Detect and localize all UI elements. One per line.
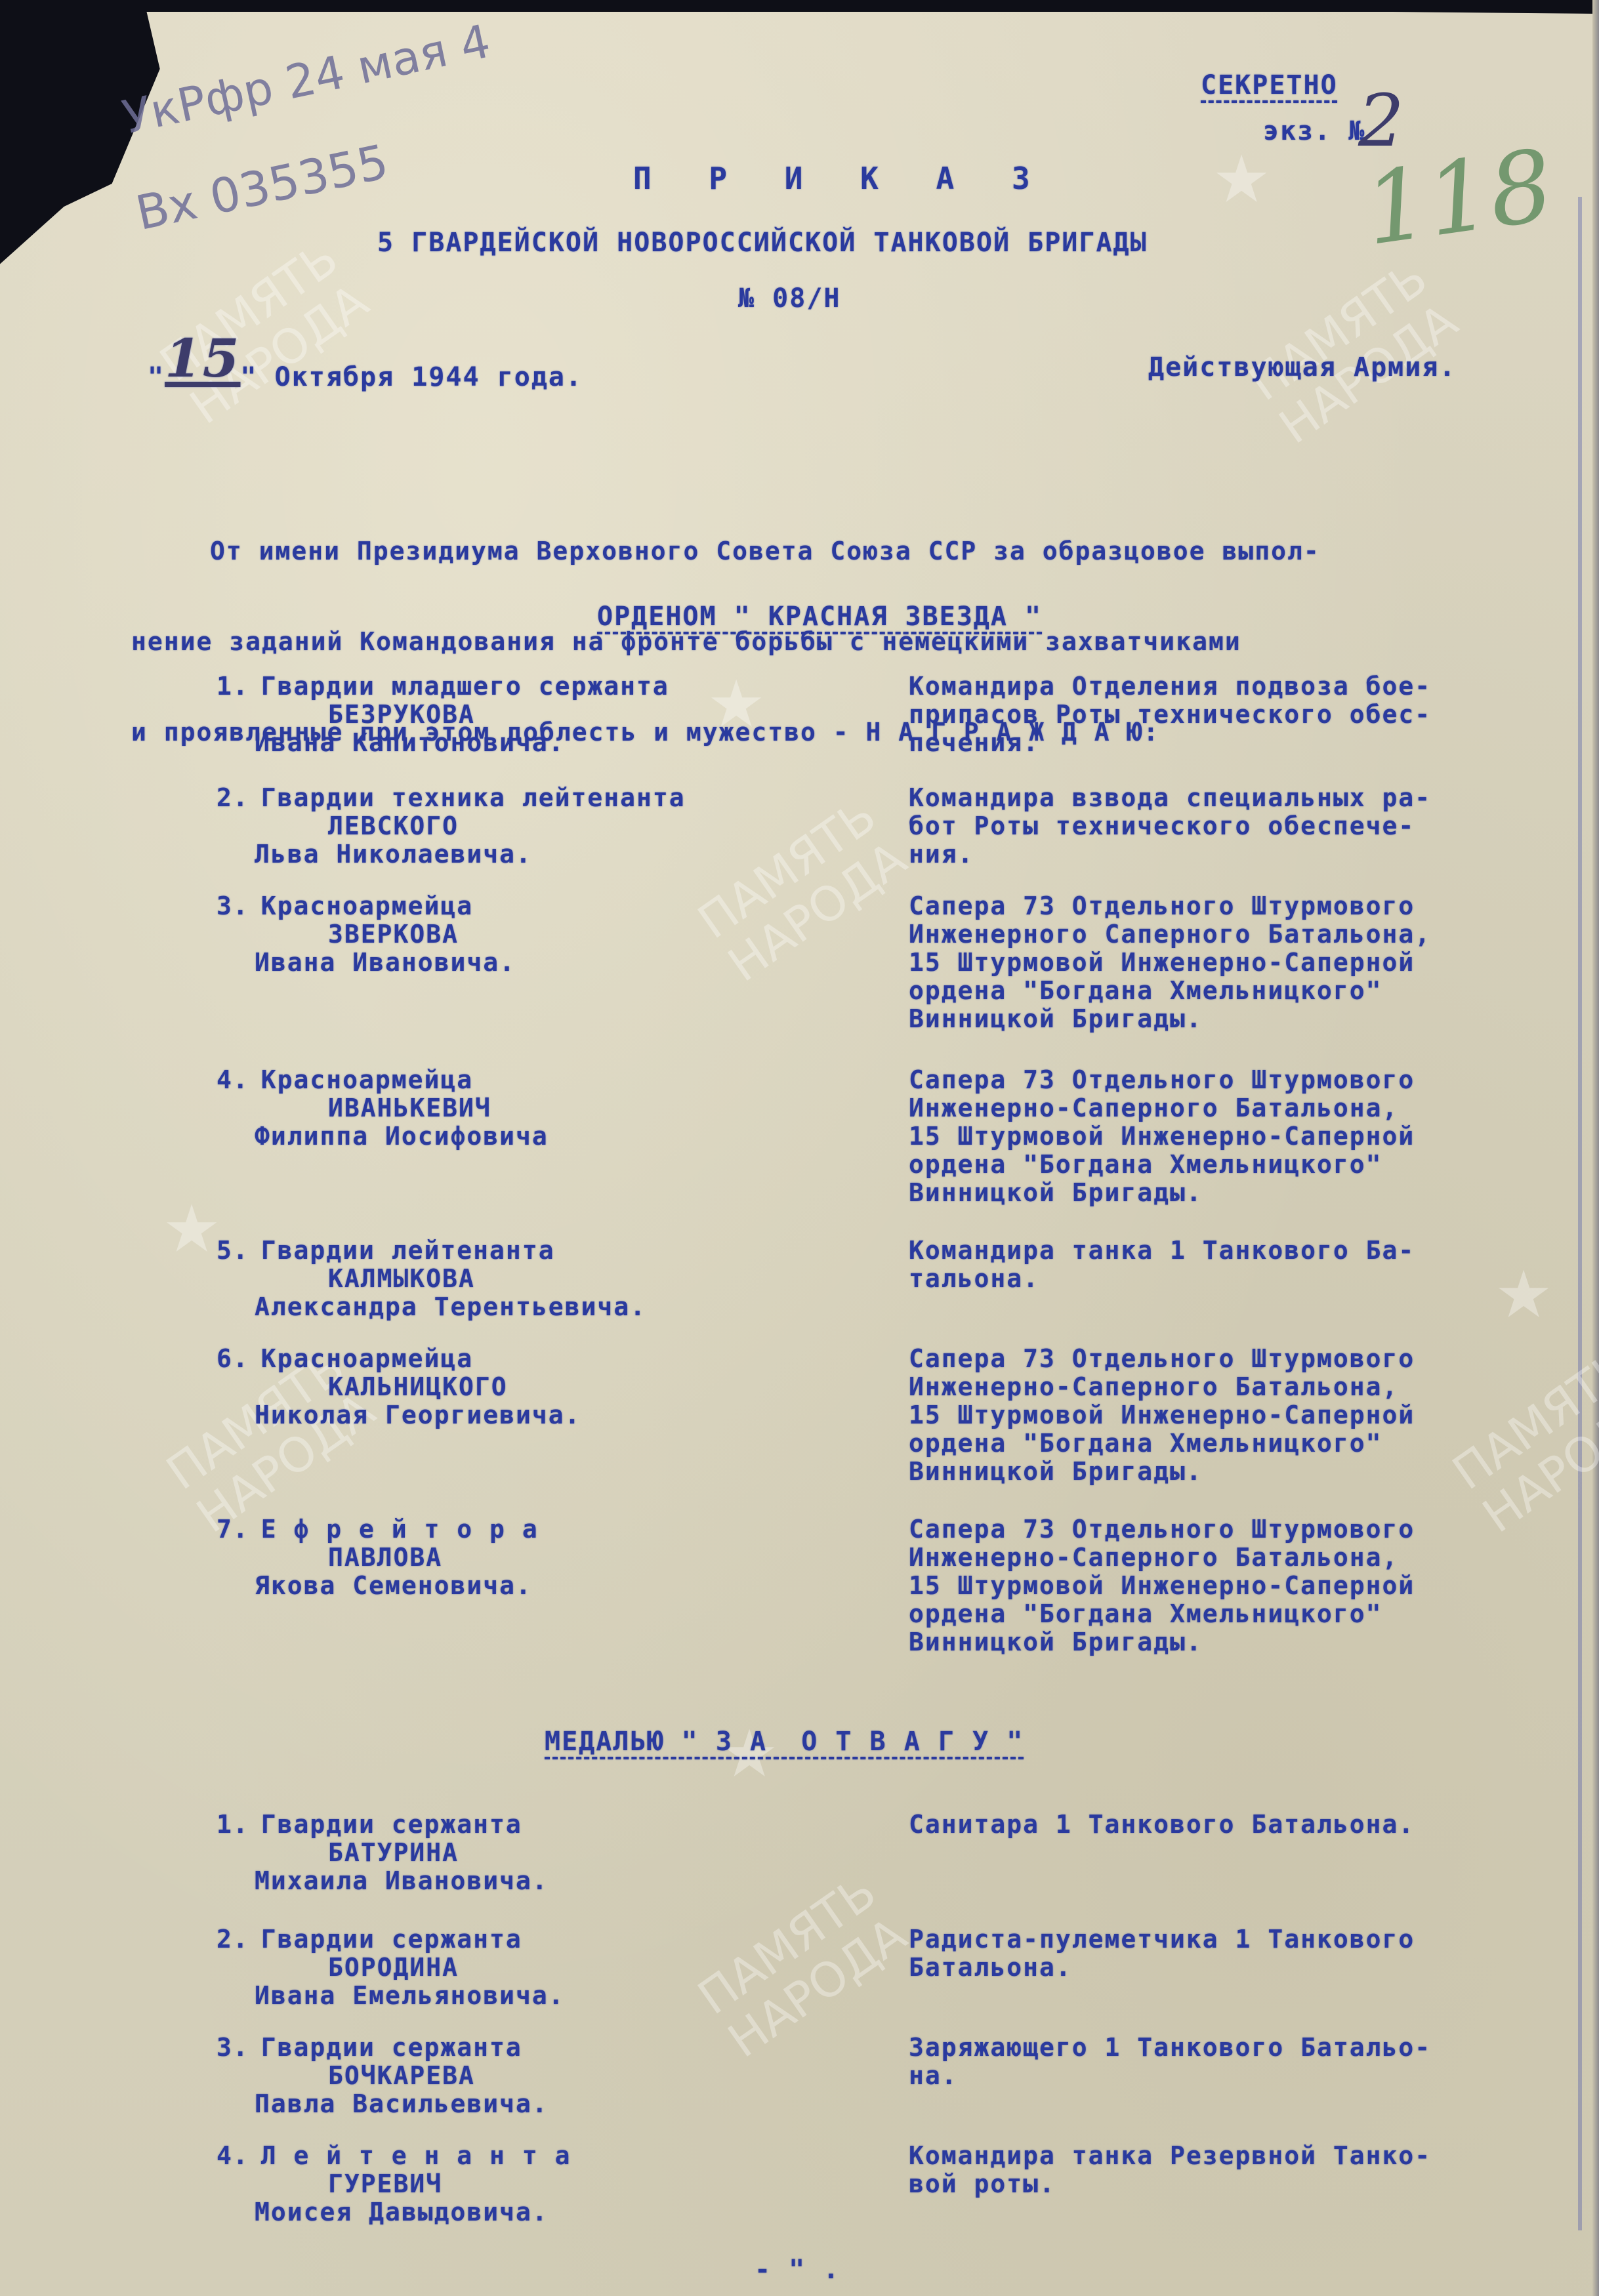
position-line: печения. bbox=[909, 729, 1578, 757]
recipient-rank: 1. bbox=[217, 672, 249, 701]
secrecy-label: СЕКРЕТНО bbox=[1201, 69, 1338, 102]
recipient-surname: БОЧКАРЕВА bbox=[217, 2062, 873, 2090]
page-edge bbox=[1592, 0, 1599, 2296]
recipient-rank-text: Гвардии лейтенанта bbox=[261, 1236, 555, 1265]
position-line: на. bbox=[909, 2062, 1578, 2090]
recipient-position: Сапера 73 Отдельного ШтурмовогоИнженерно… bbox=[909, 1066, 1578, 1207]
position-line: Санитара 1 Танкового Батальона. bbox=[909, 1811, 1578, 1839]
recipient-position: Командира взвода специальных ра-бот Роты… bbox=[909, 784, 1578, 869]
position-line: Командира танка 1 Танкового Ба- bbox=[909, 1237, 1578, 1265]
order-date: "15" Октября 1944 года. bbox=[148, 351, 583, 394]
position-line: ния. bbox=[909, 840, 1578, 869]
recipient-position: Санитара 1 Танкового Батальона. bbox=[909, 1811, 1578, 1839]
recipient-rank: 4. bbox=[217, 2141, 249, 2170]
recipient-surname: БЕЗРУКОВА bbox=[217, 701, 873, 729]
copy-number-label: экз. № bbox=[1263, 115, 1366, 148]
award-recipient: 4.Л е й т е н а н т аГУРЕВИЧМоисея Давыд… bbox=[217, 2142, 873, 2226]
recipient-given-names: Николая Георгиевича. bbox=[217, 1401, 873, 1429]
recipient-surname: ЛЕВСКОГО bbox=[217, 812, 873, 840]
recipient-rank: 3. bbox=[217, 2033, 249, 2062]
recipient-rank: 2. bbox=[217, 1925, 249, 1954]
award-recipient: 6.КрасноармейцаКАЛЬНИЦКОГОНиколая Георги… bbox=[217, 1345, 873, 1429]
position-line: Батальона. bbox=[909, 1954, 1578, 1982]
position-line: бот Роты технического обеспече- bbox=[909, 812, 1578, 840]
award-recipient: 2.Гвардии сержантаБОРОДИНАИвана Емельяно… bbox=[217, 1925, 873, 2010]
position-line: ордена "Богдана Хмельницкого" bbox=[909, 1600, 1578, 1628]
position-line: Командира танка Резервной Танко- bbox=[909, 2142, 1578, 2170]
section-heading-red-star: ОРДЕНОМ " КРАСНАЯ ЗВЕЗДА " bbox=[597, 600, 1042, 633]
watermark-star-icon: ★ bbox=[164, 1168, 219, 1275]
award-recipient: 7.Е ф р е й т о р аПАВЛОВАЯкова Семенови… bbox=[217, 1515, 873, 1600]
recipient-position: Командира Отделения подвоза бое-припасов… bbox=[909, 672, 1578, 757]
recipient-rank-text: Гвардии техника лейтенанта bbox=[261, 783, 686, 812]
document-subtitle: 5 ГВАРДЕЙСКОЙ НОВОРОССИЙСКОЙ ТАНКОВОЙ БР… bbox=[377, 226, 1148, 259]
recipient-rank-text: Красноармейца bbox=[261, 892, 473, 920]
recipient-surname: ПАВЛОВА bbox=[217, 1544, 873, 1572]
recipient-rank: 6. bbox=[217, 1344, 249, 1373]
recipient-surname: КАЛМЫКОВА bbox=[217, 1265, 873, 1293]
recipient-given-names: Льва Николаевича. bbox=[217, 840, 873, 869]
recipient-rank-text: Гвардии младшего сержанта bbox=[261, 672, 669, 701]
recipient-surname: БОРОДИНА bbox=[217, 1954, 873, 1982]
position-line: 15 Штурмовой Инженерно-Саперной bbox=[909, 1401, 1578, 1429]
position-line: Сапера 73 Отдельного Штурмового bbox=[909, 1345, 1578, 1373]
recipient-rank: 2. bbox=[217, 783, 249, 812]
award-recipient: 3.КрасноармейцаЗВЕРКОВАИвана Ивановича. bbox=[217, 892, 873, 977]
position-line: Винницкой Бригады. bbox=[909, 1179, 1578, 1207]
position-line: Винницкой Бригады. bbox=[909, 1458, 1578, 1486]
position-line: Инженерно-Саперного Батальона, bbox=[909, 1094, 1578, 1122]
recipient-surname: КАЛЬНИЦКОГО bbox=[217, 1373, 873, 1401]
award-recipient: 4.КрасноармейцаИВАНЬКЕВИЧФилиппа Иосифов… bbox=[217, 1066, 873, 1151]
recipient-surname: ЗВЕРКОВА bbox=[217, 920, 873, 949]
position-line: вой роты. bbox=[909, 2170, 1578, 2198]
position-line: Инженерно-Саперного Батальона, bbox=[909, 1373, 1578, 1401]
recipient-surname: ИВАНЬКЕВИЧ bbox=[217, 1094, 873, 1122]
recipient-given-names: Ивана Ивановича. bbox=[217, 949, 873, 977]
scan-border bbox=[0, 0, 1599, 12]
page-continuation-mark: - " . bbox=[755, 2253, 840, 2286]
position-line: Радиста-пулеметчика 1 Танкового bbox=[909, 1925, 1578, 1954]
award-recipient: 1.Гвардии младшего сержантаБЕЗРУКОВАИван… bbox=[217, 672, 873, 757]
location: Действующая Армия. bbox=[1148, 351, 1456, 384]
award-recipient: 5.Гвардии лейтенантаКАЛМЫКОВААлександра … bbox=[217, 1237, 873, 1321]
recipient-given-names: Александра Терентьевича. bbox=[217, 1293, 873, 1321]
position-line: припасов Роты технического обес- bbox=[909, 701, 1578, 729]
recipient-rank-text: Е ф р е й т о р а bbox=[261, 1515, 539, 1544]
recipient-given-names: Павла Васильевича. bbox=[217, 2090, 873, 2118]
recipient-rank: 4. bbox=[217, 1065, 249, 1094]
date-day-handwritten: 15 bbox=[165, 327, 240, 389]
recipient-position: Командира танка Резервной Танко-вой роты… bbox=[909, 2142, 1578, 2198]
position-line: Заряжающего 1 Танкового Батальо- bbox=[909, 2034, 1578, 2062]
recipient-rank-text: Гвардии сержанта bbox=[261, 1810, 522, 1839]
position-line: 15 Штурмовой Инженерно-Саперной bbox=[909, 949, 1578, 977]
recipient-rank-text: Гвардии сержанта bbox=[261, 2033, 522, 2062]
position-line: тальона. bbox=[909, 1265, 1578, 1293]
recipient-position: Сапера 73 Отдельного ШтурмовогоИнженерно… bbox=[909, 1515, 1578, 1656]
recipient-rank-text: Гвардии сержанта bbox=[261, 1925, 522, 1954]
recipient-given-names: Филиппа Иосифовича bbox=[217, 1122, 873, 1151]
position-line: ордена "Богдана Хмельницкого" bbox=[909, 977, 1578, 1005]
recipient-given-names: Ивана Емельяновича. bbox=[217, 1982, 873, 2010]
recipient-position: Командира танка 1 Танкового Ба-тальона. bbox=[909, 1237, 1578, 1293]
bleed-through-line bbox=[1578, 197, 1582, 2230]
recipient-position: Сапера 73 Отдельного ШтурмовогоИнженерно… bbox=[909, 892, 1578, 1033]
recipient-surname: ГУРЕВИЧ bbox=[217, 2170, 873, 2198]
section-heading-bravery-medal: МЕДАЛЬЮ " З А О Т В А Г У " bbox=[545, 1725, 1024, 1758]
recipient-rank: 7. bbox=[217, 1515, 249, 1544]
recipient-position: Сапера 73 Отдельного ШтурмовогоИнженерно… bbox=[909, 1345, 1578, 1486]
position-line: Винницкой Бригады. bbox=[909, 1628, 1578, 1656]
position-line: Сапера 73 Отдельного Штурмового bbox=[909, 1515, 1578, 1544]
position-line: 15 Штурмовой Инженерно-Саперной bbox=[909, 1122, 1578, 1151]
watermark-star-icon: ★ bbox=[1214, 118, 1269, 225]
document-title: П Р И К А З bbox=[633, 161, 1050, 196]
recipient-position: Радиста-пулеметчика 1 ТанковогоБатальона… bbox=[909, 1925, 1578, 1982]
recipient-rank-text: Красноармейца bbox=[261, 1344, 473, 1373]
position-line: Сапера 73 Отдельного Штурмового bbox=[909, 1066, 1578, 1094]
position-line: Инженерно-Саперного Батальона, bbox=[909, 1544, 1578, 1572]
position-line: Винницкой Бригады. bbox=[909, 1005, 1578, 1033]
award-recipient: 2.Гвардии техника лейтенантаЛЕВСКОГОЛьва… bbox=[217, 784, 873, 869]
recipient-rank-text: Л е й т е н а н т а bbox=[261, 2141, 571, 2170]
award-recipient: 3.Гвардии сержантаБОЧКАРЕВАПавла Василье… bbox=[217, 2034, 873, 2118]
recipient-given-names: Моисея Давыдовича. bbox=[217, 2198, 873, 2226]
position-line: Инженерного Саперного Батальона, bbox=[909, 920, 1578, 949]
recipient-rank: 3. bbox=[217, 892, 249, 920]
position-line: ордена "Богдана Хмельницкого" bbox=[909, 1151, 1578, 1179]
recipient-rank: 5. bbox=[217, 1236, 249, 1265]
position-line: ордена "Богдана Хмельницкого" bbox=[909, 1429, 1578, 1458]
recipient-rank: 1. bbox=[217, 1810, 249, 1839]
order-number: № 08/Н bbox=[738, 282, 841, 315]
recipient-position: Заряжающего 1 Танкового Батальо-на. bbox=[909, 2034, 1578, 2090]
recipient-given-names: Михаила Ивановича. bbox=[217, 1867, 873, 1895]
recipient-surname: БАТУРИНА bbox=[217, 1839, 873, 1867]
position-line: Сапера 73 Отдельного Штурмового bbox=[909, 892, 1578, 920]
award-recipient: 1.Гвардии сержантаБАТУРИНАМихаила Иванов… bbox=[217, 1811, 873, 1895]
recipient-given-names: Якова Семеновича. bbox=[217, 1572, 873, 1600]
recipient-rank-text: Красноармейца bbox=[261, 1065, 473, 1094]
position-line: Командира Отделения подвоза бое- bbox=[909, 672, 1578, 701]
position-line: Командира взвода специальных ра- bbox=[909, 784, 1578, 812]
position-line: 15 Штурмовой Инженерно-Саперной bbox=[909, 1572, 1578, 1600]
recipient-given-names: Ивана Капитоновича. bbox=[217, 729, 873, 757]
